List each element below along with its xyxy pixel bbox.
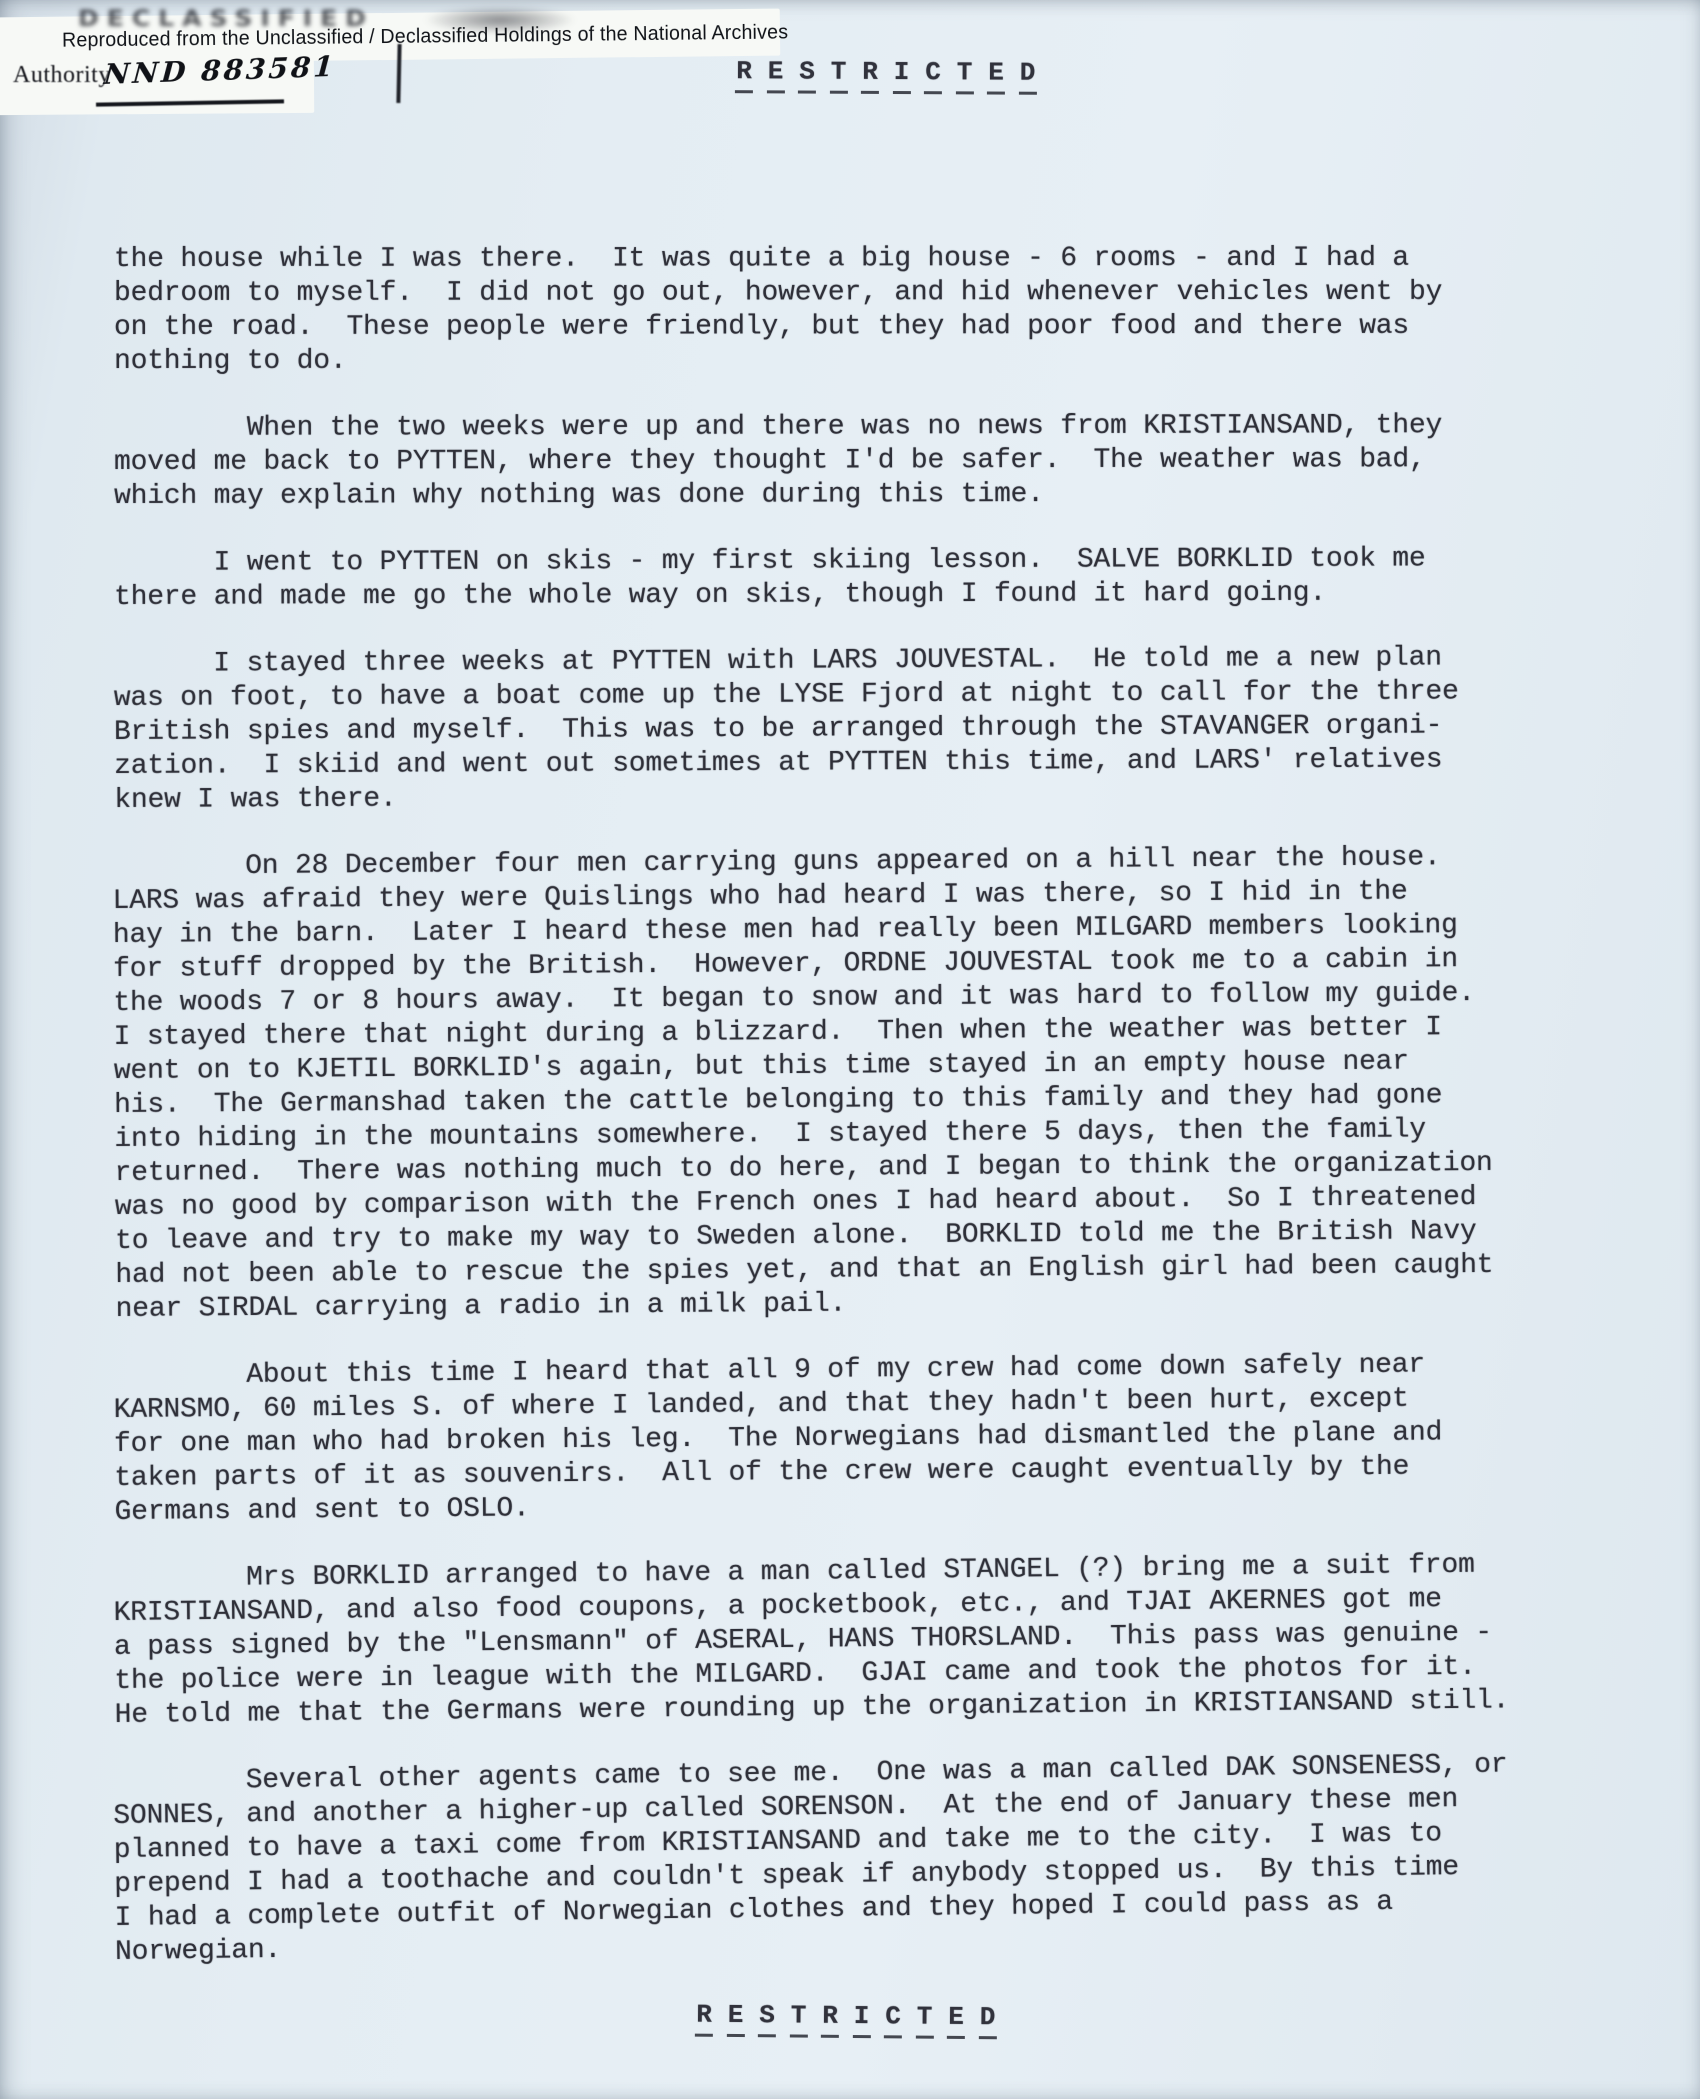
paragraph: Mrs BORKLID arranged to have a man calle… — [113, 1547, 1615, 1733]
classification-letter: T — [829, 57, 847, 94]
paragraph: When the two weeks were up and there was… — [114, 409, 1614, 514]
classification-letter: D — [978, 2002, 996, 2039]
paragraph: the house while I was there. It was quit… — [114, 242, 1614, 379]
classification-letter: D — [1018, 58, 1036, 95]
classification-letter: T — [955, 57, 973, 94]
classification-letter: I — [852, 2001, 870, 2038]
paragraph: About this time I heard that all 9 of my… — [113, 1347, 1614, 1530]
document-body: the house while I was there. It was quit… — [114, 243, 1614, 2003]
classification-letter: E — [726, 2000, 744, 2037]
classification-letter: R — [695, 2000, 713, 2037]
paragraph: Several other agents came to see me. One… — [113, 1747, 1615, 1970]
ink-smudge-blob — [425, 6, 575, 34]
classification-letter: T — [915, 2002, 933, 2039]
classification-letter: E — [766, 56, 784, 93]
classification-letter: E — [947, 2002, 965, 2039]
authority-label: Authority — [13, 62, 111, 89]
fold-mark-line — [396, 44, 401, 103]
classification-letter: C — [924, 57, 942, 94]
classification-letter: I — [892, 57, 910, 94]
declassified-stamp-smudge: DECLASSIFIED — [78, 6, 374, 32]
paragraph: I went to PYTTEN on skis - my first skii… — [114, 542, 1614, 615]
paragraph: On 28 December four men carrying guns ap… — [112, 840, 1615, 1327]
restricted-header-banner: RESTRICTED — [735, 56, 1050, 95]
classification-letter: C — [884, 2001, 902, 2038]
restricted-footer-banner: RESTRICTED — [695, 2000, 1010, 2040]
classification-letter: T — [789, 2000, 807, 2037]
classification-letter: R — [821, 2001, 839, 2038]
paragraph: I stayed three weeks at PYTTEN with LARS… — [114, 641, 1615, 818]
classification-letter: R — [735, 56, 753, 93]
scanned-document-page: DECLASSIFIED Reproduced from the Unclass… — [0, 0, 1700, 2099]
classification-letter: R — [861, 57, 879, 94]
classification-letter: S — [798, 57, 816, 94]
classification-letter: E — [987, 57, 1005, 94]
classification-letter: S — [758, 2000, 776, 2037]
